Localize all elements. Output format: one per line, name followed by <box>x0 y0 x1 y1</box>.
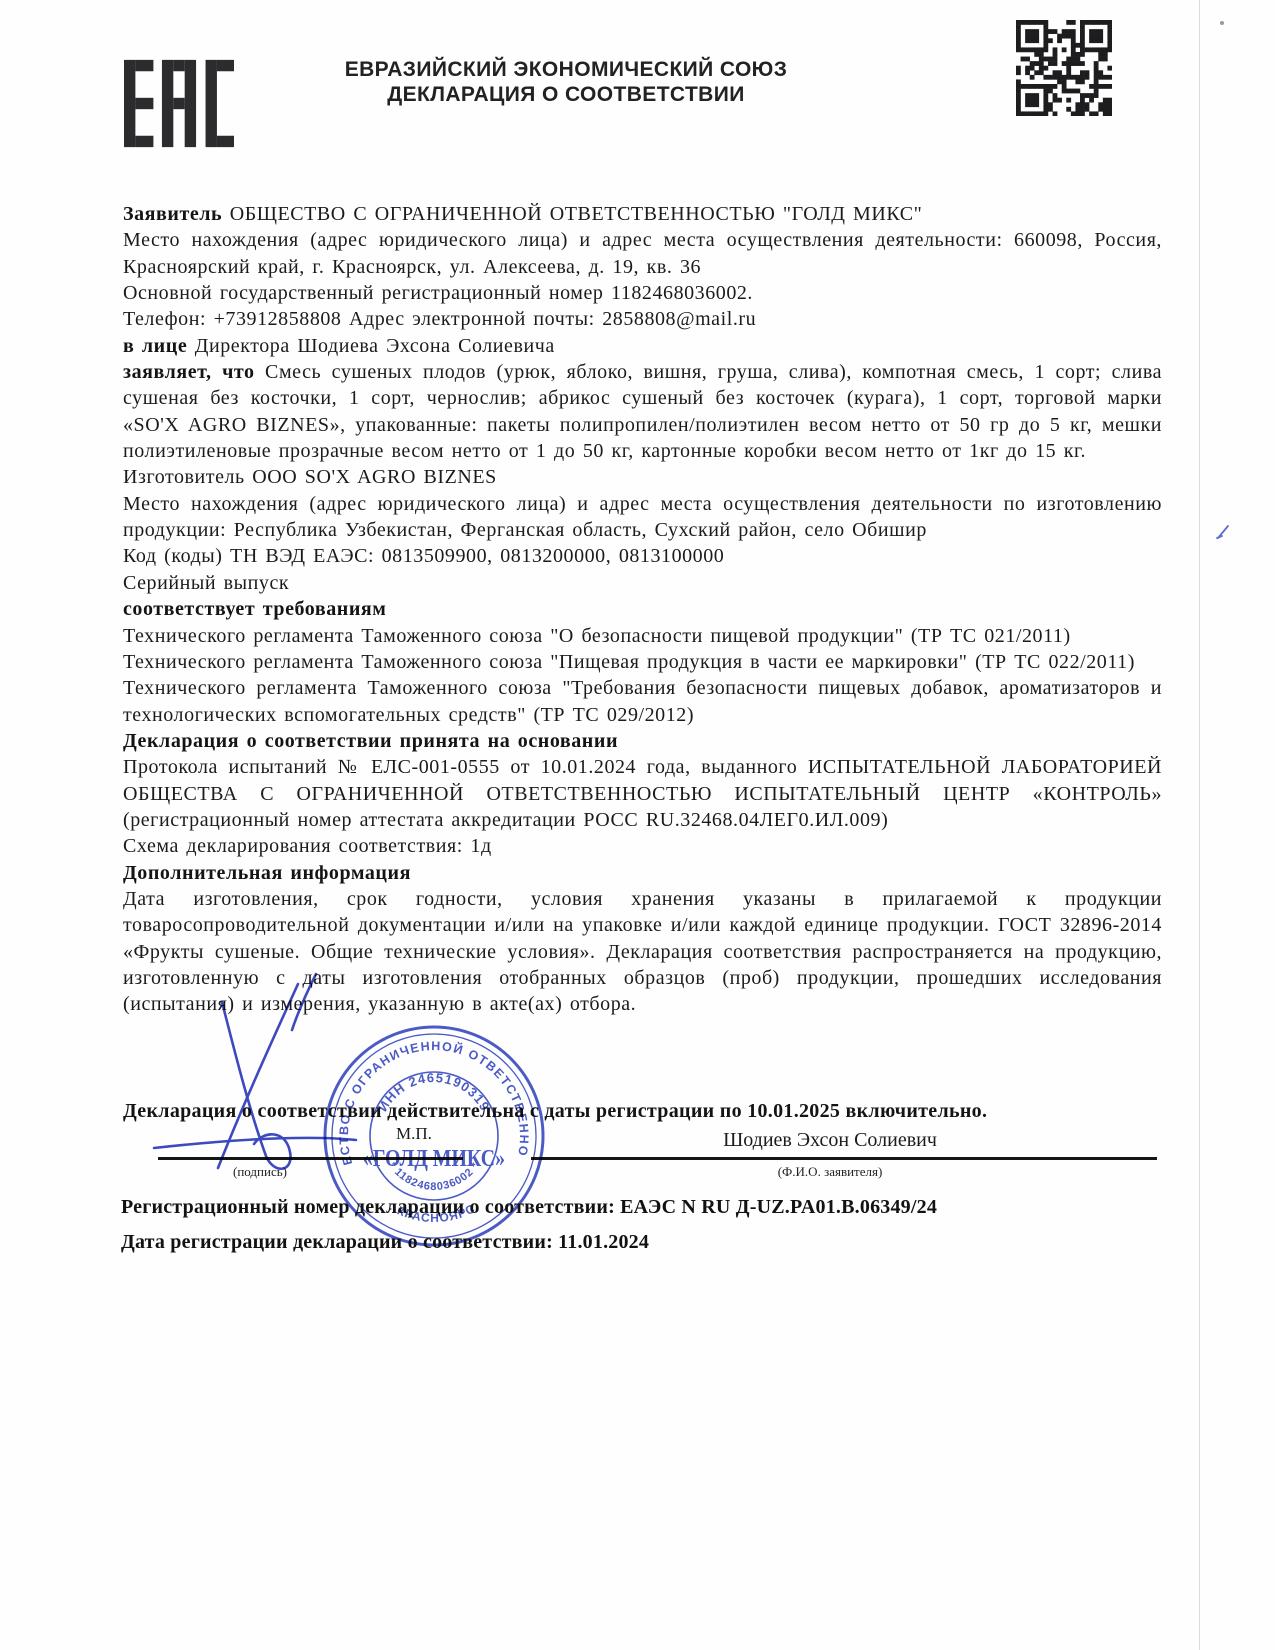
body-paragraph: Место нахождения (адрес юридического лиц… <box>123 227 1162 280</box>
document-title-line2: ДЕКЛАРАЦИЯ О СООТВЕТСТВИИ <box>281 82 851 107</box>
body-paragraph: в лице Директора Шодиева Эхсона Солиевич… <box>123 333 1162 359</box>
registration-number-line: Регистрационный номер декларации о соотв… <box>121 1196 937 1219</box>
fio-rule <box>531 1157 1157 1160</box>
svg-text:ИНН 2465190319: ИНН 2465190319 <box>375 1070 493 1114</box>
scan-dot <box>1220 21 1224 25</box>
body-paragraph: Телефон: +73912858808 Адрес электронной … <box>123 306 1162 332</box>
body-paragraph: заявляет, что Смесь сушеных плодов (урюк… <box>123 359 1162 464</box>
body-paragraph: Технического регламента Таможенного союз… <box>123 623 1162 649</box>
body-paragraph: Дополнительная информация <box>123 860 1162 886</box>
body-paragraph: Изготовитель ООО SO'X AGRO BIZNES <box>123 464 1162 490</box>
fio-caption: (Ф.И.О. заявителя) <box>630 1164 1030 1180</box>
body-paragraph: Место нахождения (адрес юридического лиц… <box>123 491 1162 544</box>
declaration-body: Заявитель ОБЩЕСТВО С ОГРАНИЧЕННОЙ ОТВЕТС… <box>123 201 1162 1018</box>
applicant-name: Шодиев Эхсон Солиевич <box>530 1129 1130 1152</box>
declaration-document-page: ЕВРАЗИЙСКИЙ ЭКОНОМИЧЕСКИЙ СОЮЗ ДЕКЛАРАЦИ… <box>0 0 1275 1650</box>
paragraph-lead: заявляет, что <box>123 361 255 383</box>
body-paragraph: Схема декларирования соответствия: 1д <box>123 833 1162 859</box>
qr-code-icon <box>1016 20 1112 116</box>
registration-date-line: Дата регистрации декларации о соответств… <box>121 1231 649 1254</box>
paragraph-lead: Дополнительная информация <box>123 862 411 884</box>
paragraph-lead: Заявитель <box>123 203 222 225</box>
scan-edge-line <box>1199 0 1200 1650</box>
body-paragraph: Декларация о соответствии принята на осн… <box>123 728 1162 754</box>
body-paragraph: Основной государственный регистрационный… <box>123 280 1162 306</box>
body-paragraph: Технического регламента Таможенного союз… <box>123 675 1162 728</box>
document-title: ЕВРАЗИЙСКИЙ ЭКОНОМИЧЕСКИЙ СОЮЗ ДЕКЛАРАЦИ… <box>281 57 851 107</box>
document-title-line1: ЕВРАЗИЙСКИЙ ЭКОНОМИЧЕСКИЙ СОЮЗ <box>281 57 851 82</box>
paragraph-lead: в лице <box>123 335 187 357</box>
body-paragraph: Протокола испытаний № ЕЛС-001-0555 от 10… <box>123 754 1162 833</box>
body-paragraph: соответствует требованиям <box>123 596 1162 622</box>
body-paragraph: Заявитель ОБЩЕСТВО С ОГРАНИЧЕННОЙ ОТВЕТС… <box>123 201 1162 227</box>
body-paragraph: Серийный выпуск <box>123 570 1162 596</box>
paragraph-lead: соответствует требованиям <box>123 598 386 620</box>
paragraph-lead: Декларация о соответствии принята на осн… <box>123 730 618 752</box>
stamp-inn-text: ИНН 2465190319 <box>375 1070 493 1114</box>
stamp-center-text: «ГОЛД МИКС» <box>363 1146 505 1172</box>
body-paragraph: Код (коды) ТН ВЭД ЕАЭС: 0813509900, 0813… <box>123 543 1162 569</box>
pen-mark-icon <box>1212 522 1234 544</box>
body-paragraph: Технического регламента Таможенного союз… <box>123 649 1162 675</box>
eac-logo-icon <box>124 57 234 150</box>
